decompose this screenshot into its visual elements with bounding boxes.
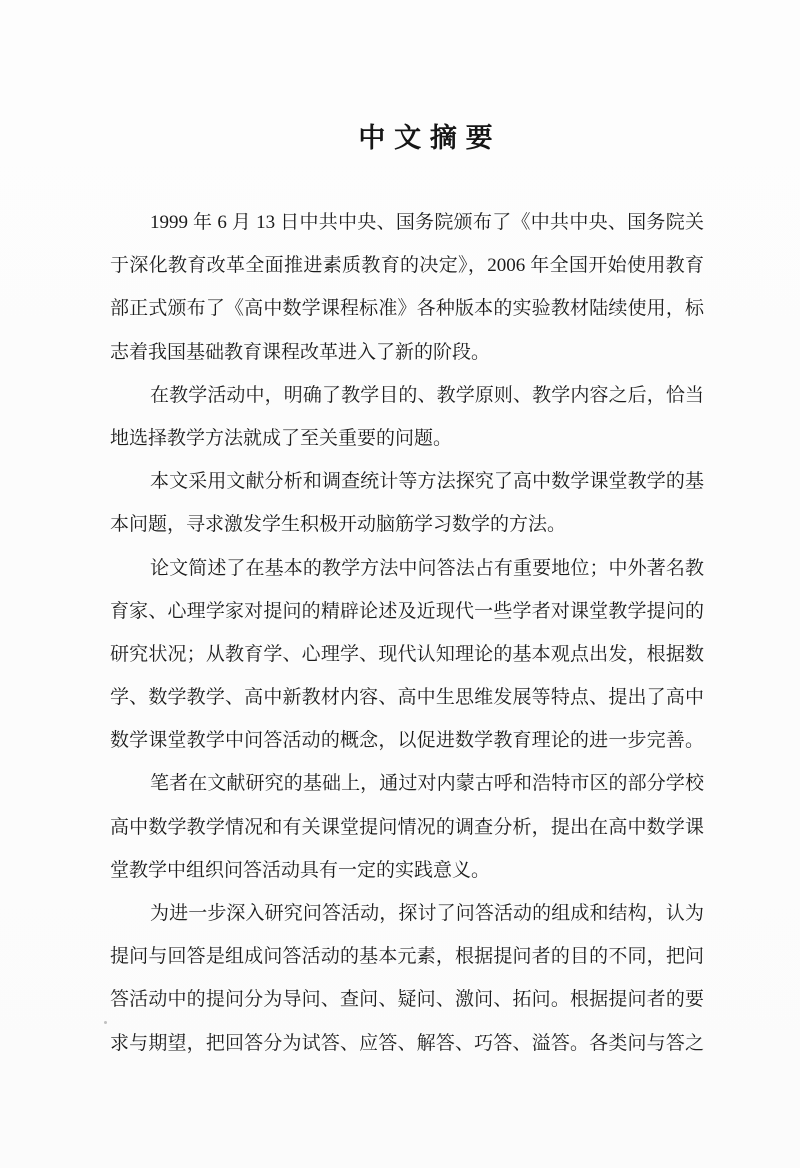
text-line: 学、数学教学、高中新教材内容、高中生思维发展等特点、提出了高中 (110, 676, 704, 719)
scanned-page: 中 文 摘 要 1999 年 6 月 13 日中共中央、国务院颁布了《中共中央、… (0, 0, 800, 1168)
abstract-body: 1999 年 6 月 13 日中共中央、国务院颁布了《中共中央、国务院关 于深化… (110, 201, 704, 1065)
text-line: 研究状况；从教育学、心理学、现代认知理论的基本观点出发，根据数 (110, 633, 704, 676)
text-line: 为进一步深入研究问答活动，探讨了问答活动的组成和结构，认为 (110, 892, 704, 935)
page-title: 中 文 摘 要 (26, 116, 800, 155)
text-line: 数学课堂教学中问答活动的概念，以促进数学教育理论的进一步完善。 (110, 719, 704, 762)
text-line: 堂教学中组织问答活动具有一定的实践意义。 (110, 849, 704, 892)
abstract-paragraph: 本文采用文献分析和调查统计等方法探究了高中数学课堂教学的基 本问题，寻求激发学生… (110, 460, 704, 546)
text-line: 育家、心理学家对提问的精辟论述及近现代一些学者对课堂教学提问的 (110, 590, 704, 633)
abstract-paragraph: 笔者在文献研究的基础上，通过对内蒙古呼和浩特市区的部分学校 高中数学教学情况和有… (110, 762, 704, 892)
text-line: 本问题，寻求激发学生积极开动脑筋学习数学的方法。 (110, 503, 704, 546)
scan-artifact-dot (104, 1021, 107, 1024)
text-line: 志着我国基础教育课程改革进入了新的阶段。 (110, 331, 704, 374)
abstract-paragraph: 在教学活动中，明确了教学目的、教学原则、教学内容之后，恰当 地选择教学方法就成了… (110, 374, 704, 460)
abstract-paragraph: 论文简述了在基本的教学方法中问答法占有重要地位；中外著名教 育家、心理学家对提问… (110, 547, 704, 763)
text-line: 在教学活动中，明确了教学目的、教学原则、教学内容之后，恰当 (110, 374, 704, 417)
text-line: 论文简述了在基本的教学方法中问答法占有重要地位；中外著名教 (110, 547, 704, 590)
text-line: 答活动中的提问分为导问、查问、疑问、激问、拓问。根据提问者的要 (110, 978, 704, 1021)
abstract-paragraph: 1999 年 6 月 13 日中共中央、国务院颁布了《中共中央、国务院关 于深化… (110, 201, 704, 374)
text-line: 1999 年 6 月 13 日中共中央、国务院颁布了《中共中央、国务院关 (110, 201, 704, 244)
text-line: 于深化教育改革全面推进素质教育的决定》，2006 年全国开始使用教育 (110, 244, 704, 287)
text-line: 笔者在文献研究的基础上，通过对内蒙古呼和浩特市区的部分学校 (110, 762, 704, 805)
text-line: 地选择教学方法就成了至关重要的问题。 (110, 417, 704, 460)
text-line: 部正式颁布了《高中数学课程标准》各种版本的实验教材陆续使用，标 (110, 287, 704, 330)
text-line: 求与期望，把回答分为试答、应答、解答、巧答、溢答。各类问与答之 (110, 1022, 704, 1065)
abstract-paragraph: 为进一步深入研究问答活动，探讨了问答活动的组成和结构，认为 提问与回答是组成问答… (110, 892, 704, 1065)
text-line: 高中数学教学情况和有关课堂提问情况的调查分析，提出在高中数学课 (110, 806, 704, 849)
text-line: 提问与回答是组成问答活动的基本元素，根据提问者的目的不同，把问 (110, 935, 704, 978)
text-line: 本文采用文献分析和调查统计等方法探究了高中数学课堂教学的基 (110, 460, 704, 503)
